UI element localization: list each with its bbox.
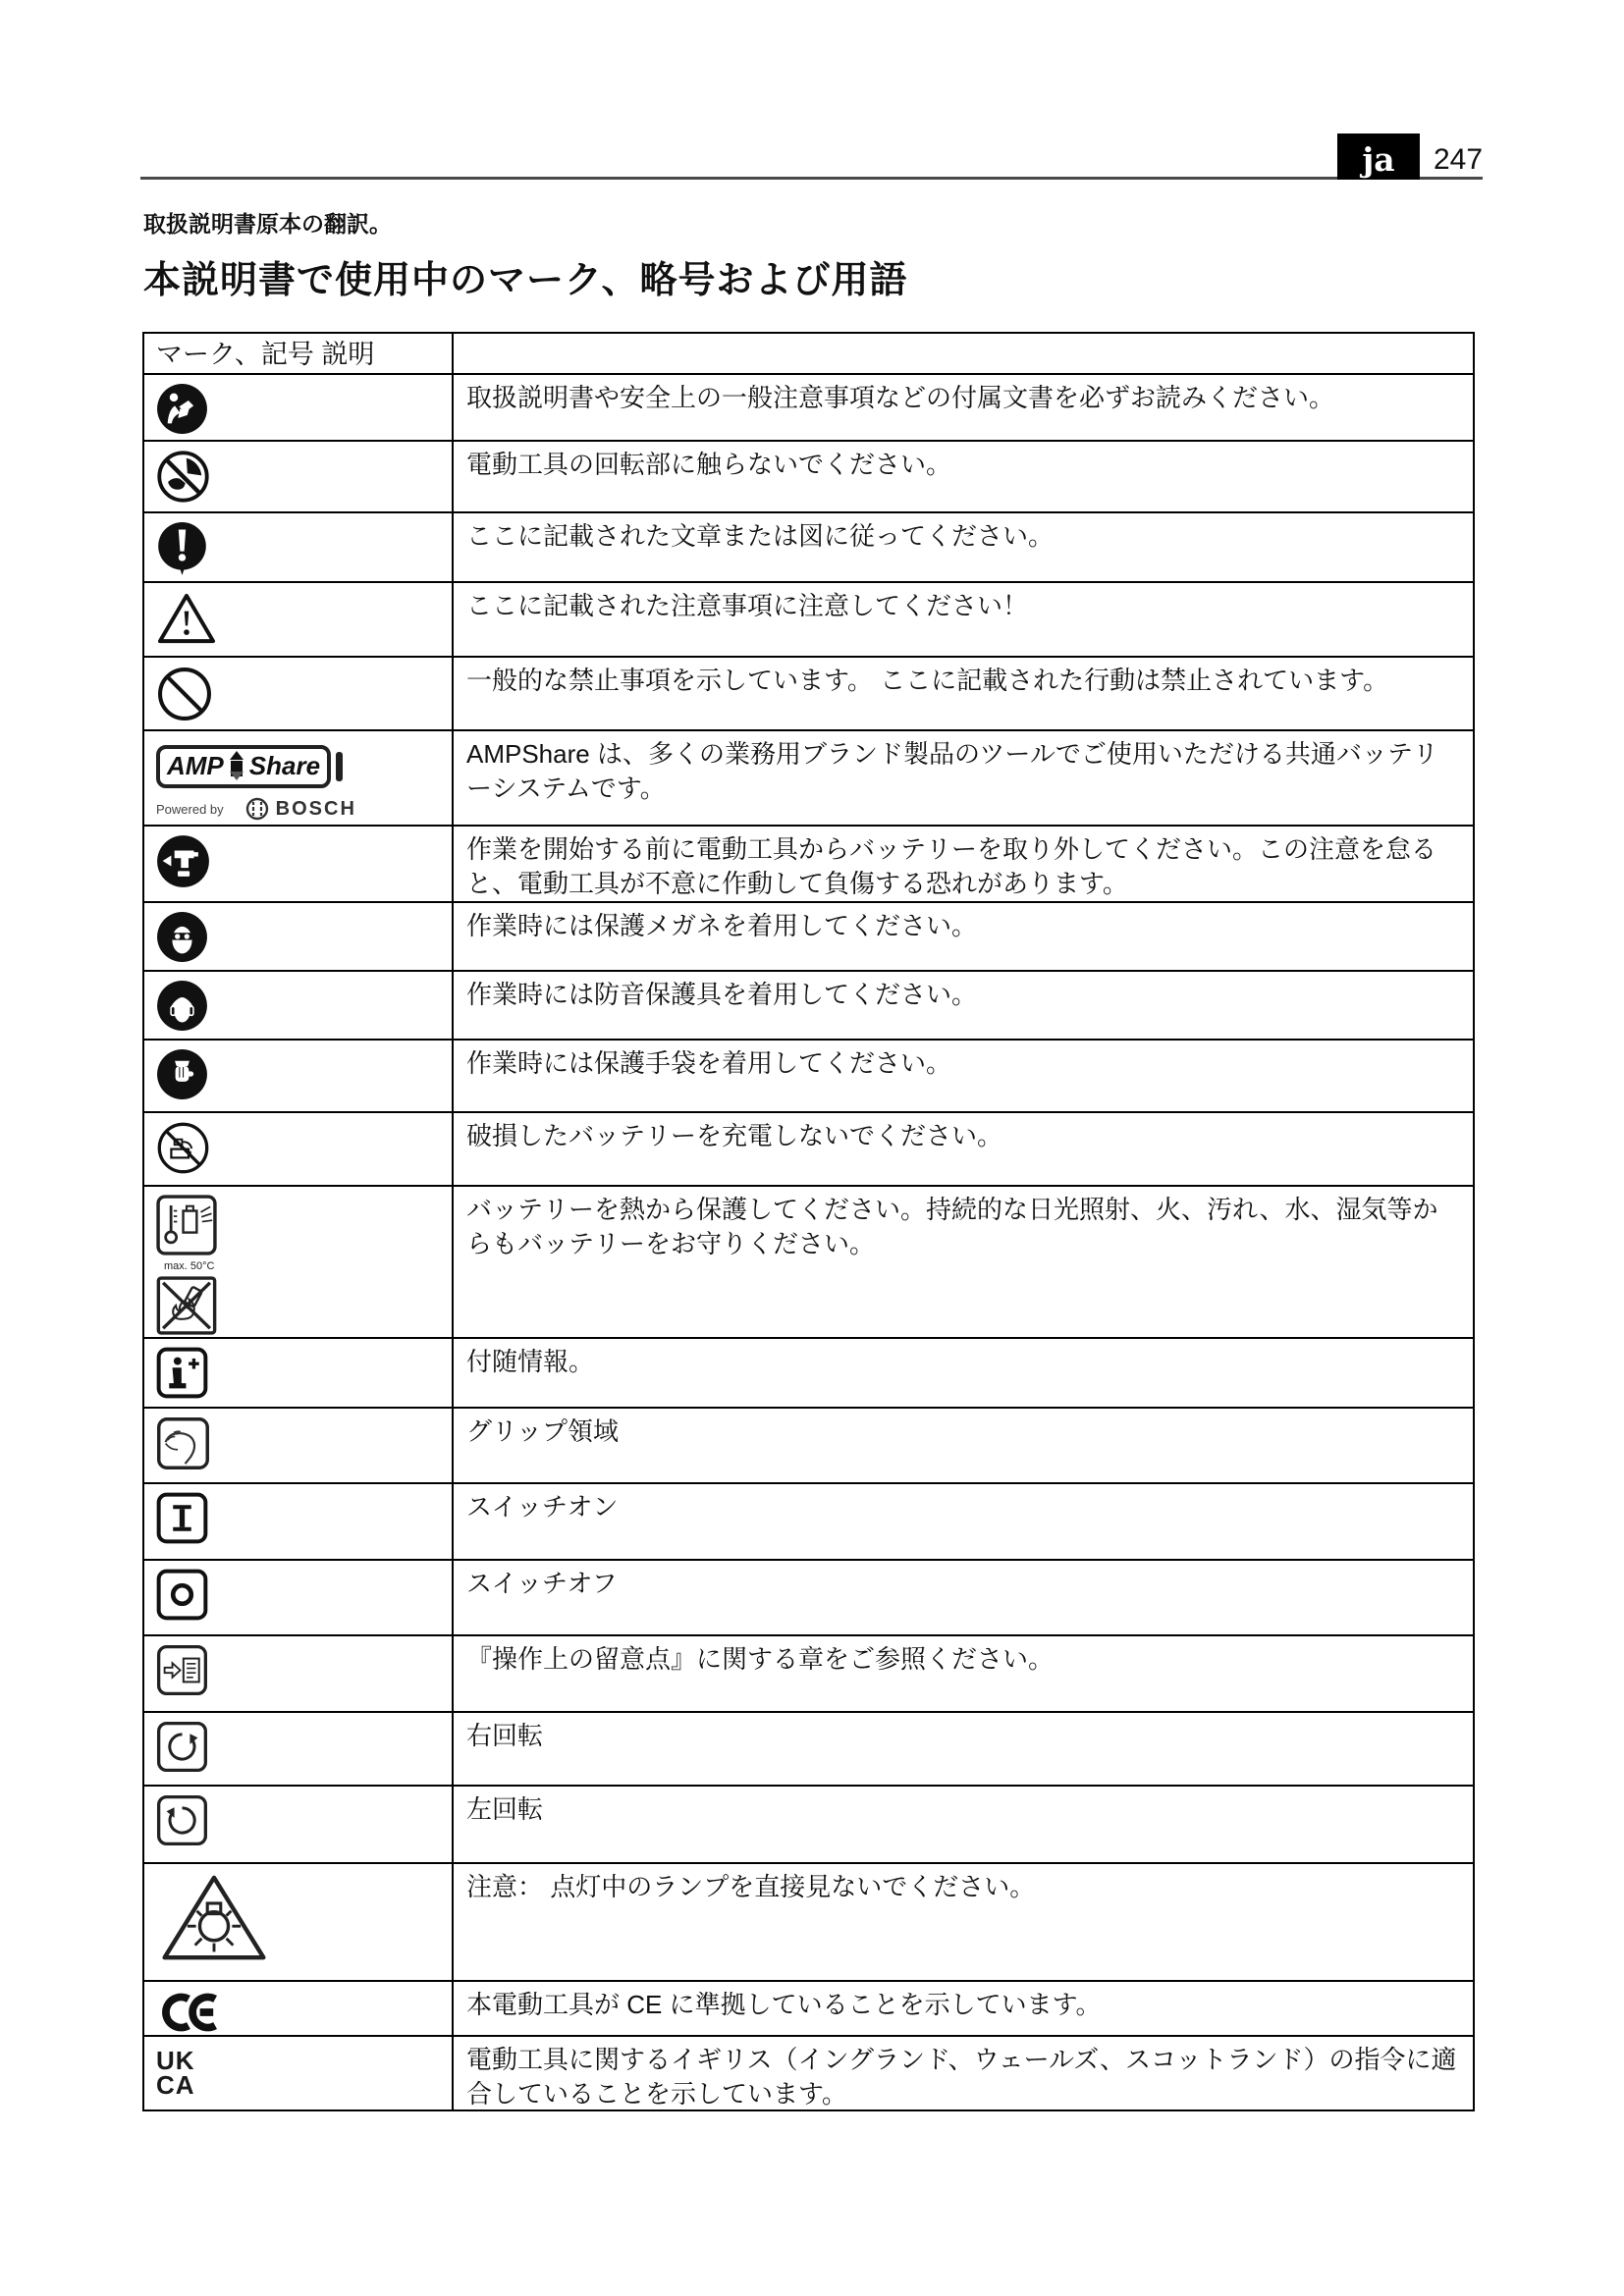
ukca-mark: UK CA xyxy=(156,2049,452,2098)
row-text: 一般的な禁止事項を示しています。 ここに記載された行動は禁止されています。 xyxy=(466,664,1459,698)
ce-mark xyxy=(156,1990,219,2035)
bosch-wordmark: BOSCH xyxy=(276,798,356,821)
ampshare-logo: AMP Share xyxy=(156,745,452,821)
row-text: バッテリーを熱から保護してください。持続的な日光照射、火、汚れ、水、湿気等からも… xyxy=(466,1193,1459,1261)
rotation-right-icon xyxy=(156,1721,208,1773)
row-text: 電動工具に関するイギリス（イングランド、ウェールズ、スコットランド）の指令に適合… xyxy=(466,2043,1459,2111)
row-text: 破損したバッテリーを充電しないでください。 xyxy=(466,1119,1459,1153)
rotation-left-icon xyxy=(156,1794,208,1846)
table-row: グリップ領域 xyxy=(144,1409,1473,1484)
table-row: 右回転 xyxy=(144,1713,1473,1787)
table-row: スイッチオフ xyxy=(144,1561,1473,1636)
safety-glasses-icon xyxy=(156,911,208,963)
remove-battery-icon xyxy=(156,834,210,888)
row-text: AMPShare は、多くの業務用ブランド製品のツールでご使用いただける共通バッ… xyxy=(466,737,1459,806)
table-row: 左回転 xyxy=(144,1787,1473,1864)
row-text: グリップ領域 xyxy=(466,1415,1459,1449)
table-row: ここに記載された文章または図に従ってください。 xyxy=(144,513,1473,583)
ear-protection-icon xyxy=(156,980,208,1032)
table-row: 本電動工具が CE に準拠していることを示しています。 xyxy=(144,1982,1473,2037)
battery-arrows-icon xyxy=(226,750,247,781)
no-charging-damaged-battery-icon xyxy=(156,1121,210,1175)
row-text: ここに記載された文章または図に従ってください。 xyxy=(466,519,1459,554)
table-row: 付随情報。 xyxy=(144,1339,1473,1409)
row-text: 注意： 点灯中のランプを直接見ないでください。 xyxy=(466,1870,1459,1904)
table-row: 注意： 点灯中のランプを直接見ないでください。 xyxy=(144,1864,1473,1982)
ampshare-logo-amp: AMP xyxy=(167,751,224,781)
refer-chapter-icon xyxy=(156,1644,208,1696)
row-text: 作業時には保護手袋を着用してください。 xyxy=(466,1046,1459,1081)
page-number: 247 xyxy=(1434,143,1483,177)
table-row: 破損したバッテリーを充電しないでください。 xyxy=(144,1113,1473,1187)
table-row: 作業時には保護手袋を着用してください。 xyxy=(144,1041,1473,1113)
row-text: 『操作上の留意点』に関する章をご参照ください。 xyxy=(466,1642,1459,1677)
additional-info-icon xyxy=(156,1347,208,1399)
max-temp-label: max. 50°C xyxy=(164,1260,452,1272)
table-row: 作業時には防音保護具を着用してください。 xyxy=(144,972,1473,1041)
row-text: 右回転 xyxy=(466,1719,1459,1753)
ukca-line2: CA xyxy=(156,2073,452,2098)
row-text: 電動工具の回転部に触らないでください。 xyxy=(466,448,1459,482)
grip-area-icon xyxy=(156,1416,210,1470)
table-row: 『操作上の留意点』に関する章をご参照ください。 xyxy=(144,1636,1473,1713)
read-manual-icon xyxy=(156,383,208,435)
translation-note: 取扱説明書原本の翻訳。 xyxy=(143,206,392,239)
no-fire-disposal-icon xyxy=(156,1276,217,1335)
row-text: 取扱説明書や安全上の一般注意事項などの付属文書を必ずお読みください。 xyxy=(466,381,1459,415)
ampshare-logo-share: Share xyxy=(249,751,320,781)
manual-page: ja 247 取扱説明書原本の翻訳。 本説明書で使用中のマーク、略号および用語 … xyxy=(0,0,1624,2296)
no-touch-rotating-parts-icon xyxy=(156,450,210,504)
table-row: max. 50°C バッテリーを熱から保護してください。持続的な日光照射、火、汚… xyxy=(144,1187,1473,1339)
table-row: UK CA 電動工具に関するイギリス（イングランド、ウェールズ、スコットランド）… xyxy=(144,2037,1473,2109)
row-text: 作業時には防音保護具を着用してください。 xyxy=(466,978,1459,1012)
row-text: 付随情報。 xyxy=(466,1345,1459,1379)
warning-triangle-icon xyxy=(156,591,217,646)
table-row: 電動工具の回転部に触らないでください。 xyxy=(144,442,1473,513)
protective-gloves-icon xyxy=(156,1048,208,1100)
table-header-row: マーク、記号 説明 xyxy=(144,334,1473,375)
row-text: スイッチオフ xyxy=(466,1567,1459,1601)
switch-on-icon xyxy=(156,1492,208,1544)
table-row: AMP Share xyxy=(144,731,1473,827)
bosch-armature-icon xyxy=(245,797,269,821)
ukca-line1: UK xyxy=(156,2049,452,2073)
symbols-table: マーク、記号 説明 取扱説明書や安全上の一般注意事項などの付属文書を必ずお読みく… xyxy=(142,332,1475,2111)
row-text: 作業時には保護メガネを着用してください。 xyxy=(466,909,1459,943)
powered-by-label: Powered by xyxy=(156,802,224,817)
language-badge: ja xyxy=(1337,133,1420,180)
switch-off-icon xyxy=(156,1569,208,1621)
table-row: 作業を開始する前に電動工具からバッテリーを取り外してください。この注意を怠ると、… xyxy=(144,827,1473,903)
follow-instructions-icon xyxy=(156,521,208,576)
row-text: ここに記載された注意事項に注意してください！ xyxy=(466,589,1459,623)
row-text: 作業を開始する前に電動工具からバッテリーを取り外してください。この注意を怠ると、… xyxy=(466,832,1459,901)
lamp-warning-icon xyxy=(160,1872,268,1963)
row-text: 左回転 xyxy=(466,1792,1459,1827)
header-rule xyxy=(140,177,1483,180)
table-row: 一般的な禁止事項を示しています。 ここに記載された行動は禁止されています。 xyxy=(144,658,1473,731)
ampshare-logo-bar xyxy=(336,752,343,781)
page-title: 本説明書で使用中のマーク、略号および用語 xyxy=(143,249,907,303)
language-code: ja xyxy=(1362,140,1394,180)
protect-battery-from-heat-icon xyxy=(156,1195,217,1255)
prohibition-icon xyxy=(156,666,213,722)
table-row: 取扱説明書や安全上の一般注意事項などの付属文書を必ずお読みください。 xyxy=(144,375,1473,442)
row-text: 本電動工具が CE に準拠していることを示しています。 xyxy=(466,1988,1459,2022)
table-row: ここに記載された注意事項に注意してください！ xyxy=(144,583,1473,658)
table-header-label: マーク、記号 説明 xyxy=(156,340,374,369)
table-row: スイッチオン xyxy=(144,1484,1473,1561)
table-row: 作業時には保護メガネを着用してください。 xyxy=(144,903,1473,972)
row-text: スイッチオン xyxy=(466,1490,1459,1524)
